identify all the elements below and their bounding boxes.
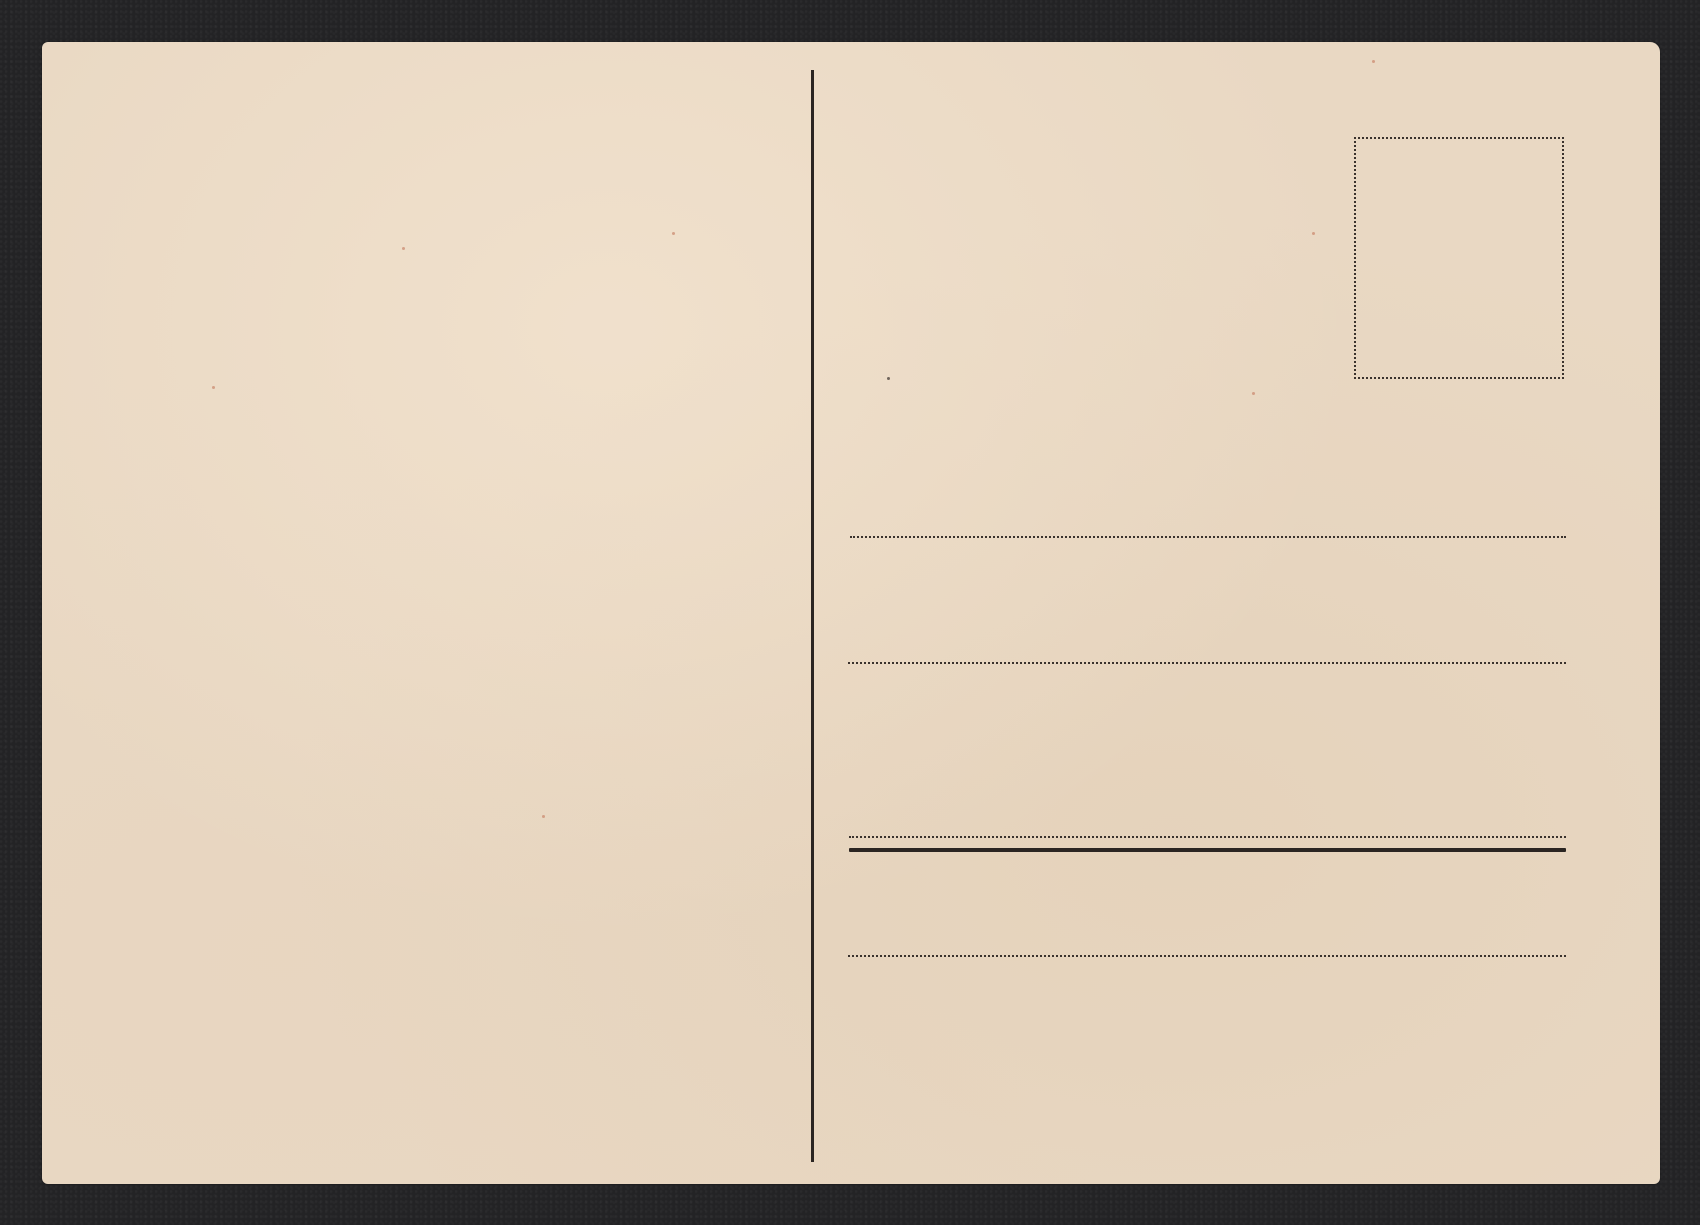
paper-speck <box>1252 392 1255 395</box>
paper-speck <box>542 815 545 818</box>
paper-speck <box>1312 232 1315 235</box>
paper-speck <box>672 232 675 235</box>
postcard <box>42 42 1660 1184</box>
address-line-4-solid[interactable] <box>849 848 1566 852</box>
address-line-3[interactable] <box>849 836 1566 838</box>
address-line-1[interactable] <box>850 536 1566 538</box>
paper-speck <box>1372 60 1375 63</box>
paper-speck <box>212 386 215 389</box>
message-area <box>72 72 792 1152</box>
address-line-5[interactable] <box>848 955 1566 957</box>
center-divider <box>811 70 814 1162</box>
address-line-2[interactable] <box>848 662 1566 664</box>
stamp-box <box>1354 137 1564 379</box>
paper-speck <box>887 377 890 380</box>
paper-speck <box>402 247 405 250</box>
